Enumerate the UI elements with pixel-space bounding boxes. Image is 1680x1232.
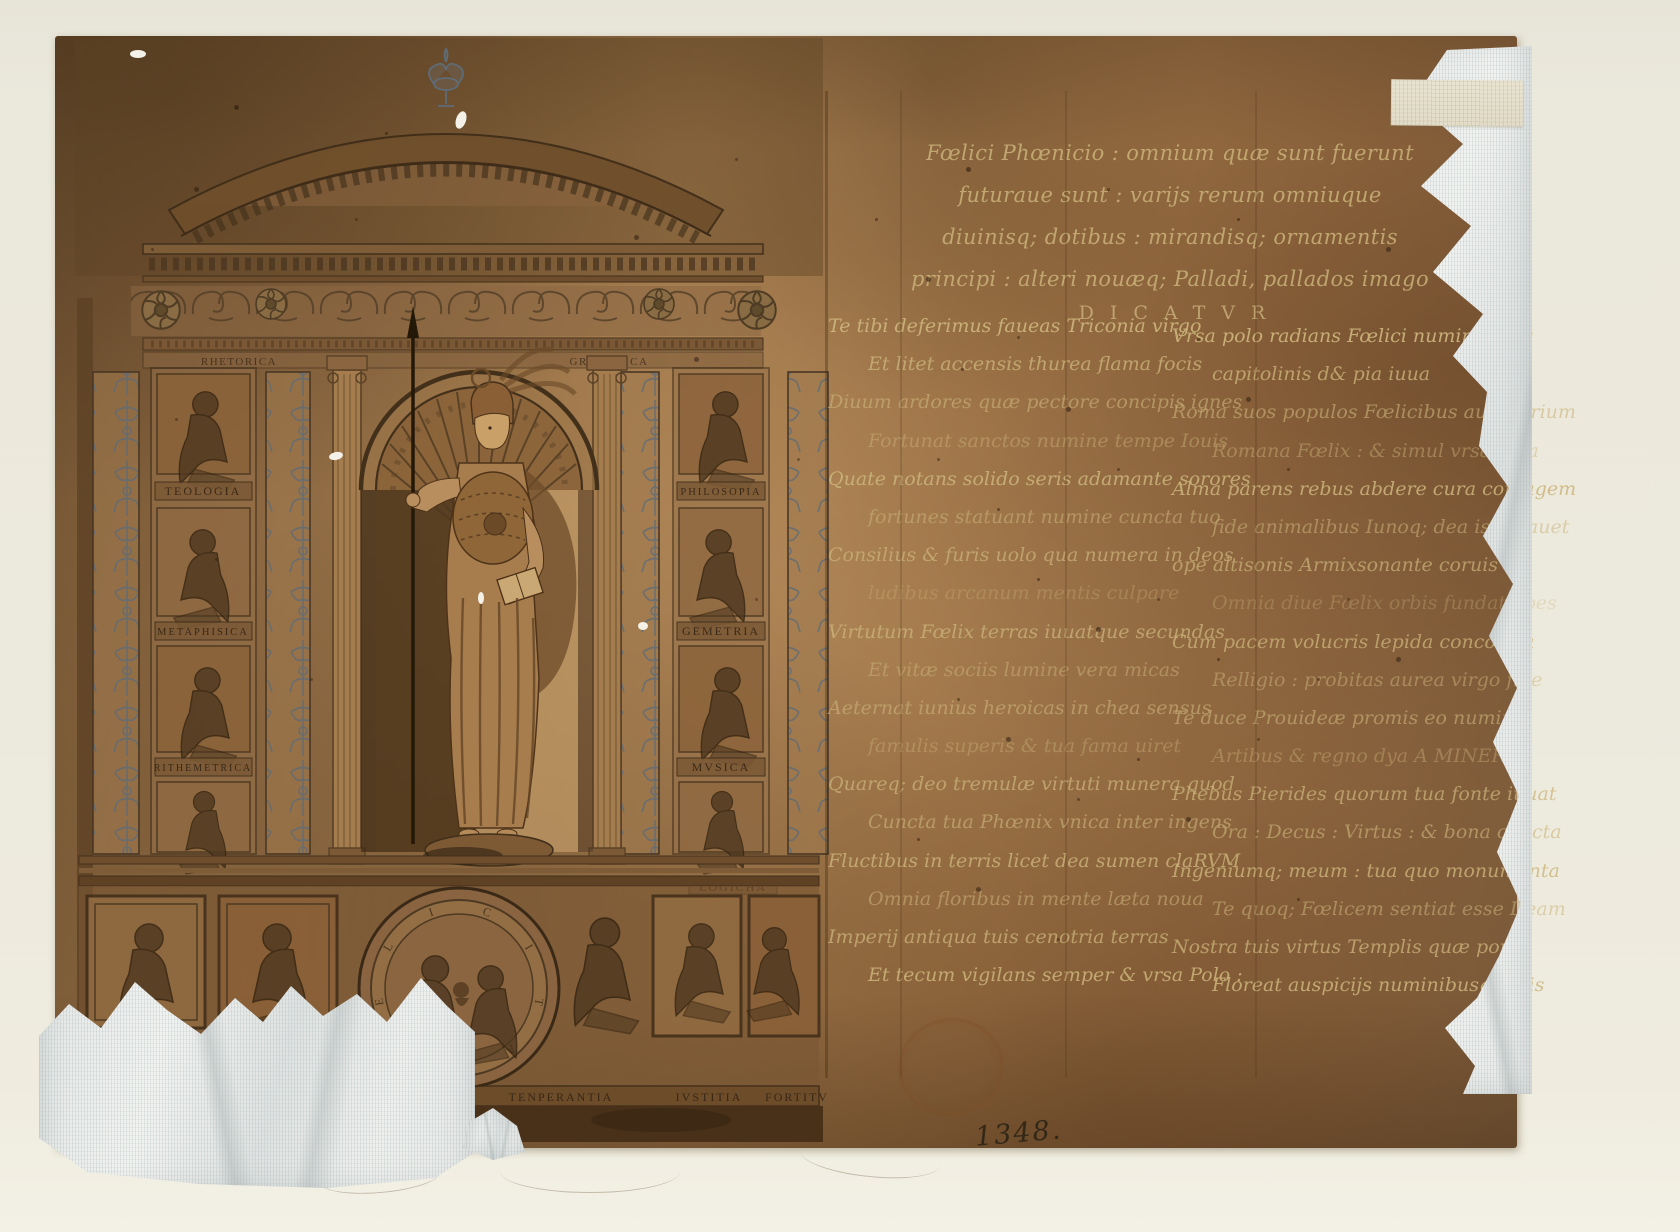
rosette-icon bbox=[644, 289, 674, 319]
face bbox=[475, 413, 510, 449]
frieze-label: RHETORICA bbox=[201, 356, 277, 368]
poem-line: Aeternat iunius heroicas in chea sensus bbox=[828, 689, 1188, 727]
poem-line: Cum pacem volucris lepida concordia bbox=[1172, 623, 1532, 661]
pilaster-label: METAPHISICA bbox=[157, 627, 249, 638]
dedication-heading: Fœlici Phœnicio : omnium quæ sunt fuerun… bbox=[870, 132, 1470, 300]
poem-line: Phebus Pierides quorum tua fonte iuuat bbox=[1172, 775, 1532, 813]
photograph-background: { "artwork": { "catalog_number": "1348."… bbox=[0, 0, 1680, 1232]
poem-line: Quareq; deo tremulæ virtuti munera quod bbox=[828, 765, 1188, 803]
ink-speckles bbox=[55, 36, 58, 39]
pilaster-label: PHILOSOPIA bbox=[680, 487, 761, 498]
poem-line: fide animalibus Iunoq; dea ista Fauet bbox=[1172, 508, 1532, 546]
poem-line: ludibus arcanum mentis culpare bbox=[828, 574, 1188, 612]
poem-line: Relligio : probitas aurea virgo fide bbox=[1172, 661, 1532, 699]
poem-line: Te duce Prouideæ promis eo numine bbox=[1172, 699, 1532, 737]
poem-line: Nostra tuis virtus Templis quæ ponit bbox=[1172, 928, 1532, 966]
poem-line: Te tibi deferimus faueas Triconia virgo bbox=[828, 307, 1188, 345]
pilaster-label: GEMETRIA bbox=[682, 624, 760, 638]
heading-line: diuinisq; dotibus : mirandisq; ornamenti… bbox=[870, 216, 1470, 258]
left-pilaster: TEOLOGIA METAPHISICA RITHEMETRICA bbox=[151, 368, 256, 874]
poem-line: Et litet accensis thurea flama focis bbox=[828, 345, 1188, 383]
predella-label: TENPERANTIA bbox=[509, 1090, 614, 1104]
drawing-canvas: RHETORICA GRAMATICA bbox=[61, 38, 833, 1144]
poem-line: Et tecum vigilans semper & vrsa Polo : bbox=[828, 956, 1188, 994]
vertical-crease bbox=[1065, 91, 1067, 1078]
vertical-crease bbox=[1255, 91, 1257, 1078]
rosette-icon bbox=[738, 291, 776, 329]
architectural-drawing: RHETORICA GRAMATICA bbox=[61, 38, 833, 1144]
manuscript-sheet: RHETORICA GRAMATICA bbox=[55, 36, 1517, 1148]
poem-line: Virtutum Fœlix terras iuuatque secundas bbox=[828, 613, 1188, 651]
poem-line: Omnia diue Fœlix orbis fundat opes bbox=[1172, 584, 1532, 622]
poem-line: Consilius & furis uolo qua numera in deo… bbox=[828, 536, 1188, 574]
gorgoneion-icon bbox=[484, 513, 506, 535]
text-page: Fœlici Phœnicio : omnium quæ sunt fuerun… bbox=[810, 36, 1517, 1148]
poem-column-right: Vrsa polo radians Fœlici numine lætacapi… bbox=[1172, 317, 1532, 1004]
frieze-group: RHETORICA GRAMATICA bbox=[131, 286, 776, 368]
predella-label: IVSTITIA bbox=[676, 1090, 743, 1104]
poem-line: Diuum ardores quæ pectore concipis ignes bbox=[828, 383, 1188, 421]
pilaster-label: TEOLOGIA bbox=[165, 484, 242, 498]
poem-line: Romana Fœlix : & simul vrsa iuga bbox=[1172, 432, 1532, 470]
linen-tape bbox=[1391, 79, 1523, 126]
pilaster-label: MVSICA bbox=[692, 760, 751, 774]
poem-line: Alma parens rebus abdere cura coniugem bbox=[1172, 470, 1532, 508]
poem-line: Et vitæ sociis lumine vera micas bbox=[828, 651, 1188, 689]
poem-line: Omnia floribus in mente læta noua bbox=[828, 880, 1188, 918]
heading-line: futuraue sunt : varijs rerum omniuque bbox=[870, 174, 1470, 216]
poem-line: Quate notans solido seris adamante soror… bbox=[828, 460, 1188, 498]
pilaster-label: RITHEMETRICA bbox=[154, 763, 252, 774]
stray-fiber bbox=[500, 1150, 680, 1193]
poem-line: Ora : Decus : Virtus : & bona cuncta bbox=[1172, 813, 1532, 851]
vertical-crease bbox=[900, 91, 902, 1078]
poem-line: Artibus & regno dya A MINERVA bbox=[1172, 737, 1532, 775]
page-fold-crease bbox=[825, 91, 828, 1078]
poem-line: Ingeniumq; meum : tua quo monumenta bbox=[1172, 852, 1532, 890]
rosette-icon bbox=[142, 291, 180, 329]
heading-line: principi : alteri nouæq; Palladi, pallad… bbox=[870, 258, 1470, 300]
rosette-icon bbox=[256, 289, 286, 319]
poem-line: fortunes statuant numine cuncta tuo bbox=[828, 498, 1188, 536]
poem-line: ope altisonis Armixsonante coruis bbox=[1172, 546, 1532, 584]
poem-line: Te quoq; Fœlicem sentiat esse Deam bbox=[1172, 890, 1532, 928]
poem-column-left: Te tibi deferimus faueas Triconia virgoE… bbox=[828, 307, 1188, 994]
right-pilaster: PHILOSOPIA GEMETRIA MVSICA LOGICHA bbox=[673, 368, 777, 894]
poem-line: Fortunat sanctos numine tempe Iouis bbox=[828, 422, 1188, 460]
poem-line: Cuncta tua Phœnix vnica inter ingens bbox=[828, 803, 1188, 841]
poem-line: Imperij antiqua tuis cenotria terras bbox=[828, 918, 1188, 956]
poem-line: Roma suos populos Fœlicibus aucta trium bbox=[1172, 393, 1532, 431]
poem-line: Fluctibus in terris licet dea sumen claR… bbox=[828, 842, 1188, 880]
poem-line: famulis superis & tua fama uiret bbox=[828, 727, 1188, 765]
heading-line: Fœlici Phœnicio : omnium quæ sunt fuerun… bbox=[870, 132, 1470, 174]
